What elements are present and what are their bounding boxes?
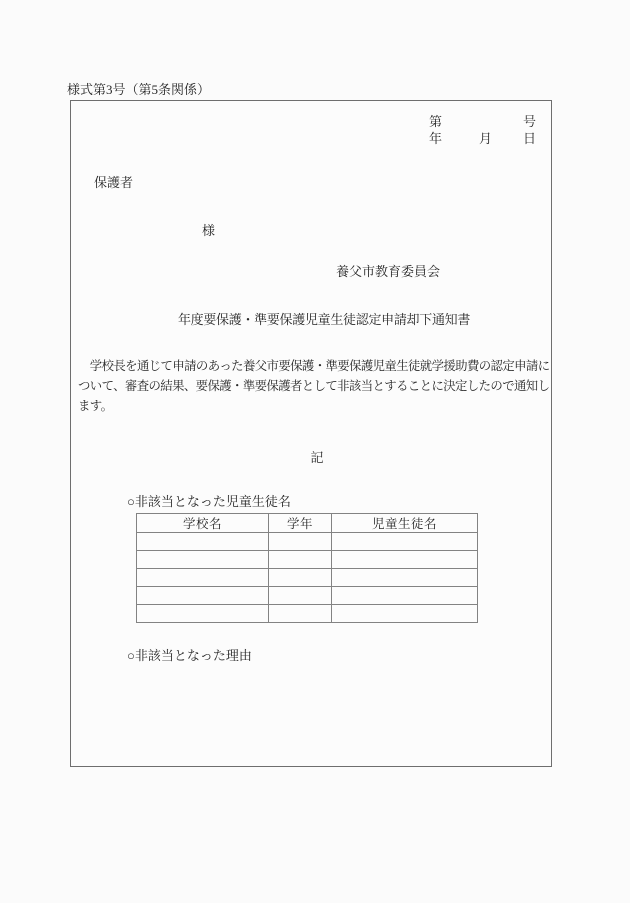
body-line: ついて、審査の結果、要保護・準要保護者として非該当とすることに決定したので通知し	[78, 376, 548, 396]
addressee-honorific-label: 様	[202, 220, 215, 239]
table-row	[137, 605, 478, 623]
table-cell	[137, 569, 269, 587]
rejection-reason-heading: ○非該当となった理由	[127, 645, 252, 664]
table-cell	[269, 533, 332, 551]
body-paragraph: 学校長を通じて申請のあった養父市要保護・準要保護児童生徒就学援助費の認定申請に …	[78, 356, 548, 416]
date-year-label: 年	[429, 128, 442, 147]
table-cell	[269, 569, 332, 587]
table-cell	[137, 587, 269, 605]
form-number-label: 様式第3号（第5条関係）	[67, 79, 210, 98]
table-cell	[269, 605, 332, 623]
document-border-box: 第 号 年 月 日 保護者 様 養父市教育委員会 年度要保護・準要保護児童生徒認…	[70, 100, 552, 767]
addressee-label: 保護者	[94, 172, 133, 191]
table-cell	[332, 551, 478, 569]
table-cell	[137, 551, 269, 569]
date-day-label: 日	[523, 128, 536, 147]
body-line: ます。	[78, 396, 548, 416]
document-title: 年度要保護・準要保護児童生徒認定申請却下通知書	[71, 309, 551, 328]
date-month-label: 月	[479, 128, 492, 147]
table-cell	[332, 587, 478, 605]
table-cell	[332, 533, 478, 551]
students-table-header-row: 学校名学年児童生徒名	[137, 514, 478, 533]
sender-name: 養父市教育委員会	[336, 261, 440, 280]
document-page: 様式第3号（第5条関係） 第 号 年 月 日 保護者 様 養父市教育委員会 年度…	[0, 0, 630, 903]
table-row	[137, 569, 478, 587]
column-header: 学校名	[137, 514, 269, 533]
table-cell	[137, 533, 269, 551]
table-cell	[269, 587, 332, 605]
table-row	[137, 587, 478, 605]
table-cell	[269, 551, 332, 569]
table-cell	[137, 605, 269, 623]
rejected-students-heading: ○非該当となった児童生徒名	[127, 491, 291, 510]
table-cell	[332, 569, 478, 587]
body-line: 学校長を通じて申請のあった養父市要保護・準要保護児童生徒就学援助費の認定申請に	[78, 356, 548, 376]
column-header: 学年	[269, 514, 332, 533]
table-row	[137, 533, 478, 551]
students-table: 学校名学年児童生徒名	[136, 513, 478, 623]
column-header: 児童生徒名	[332, 514, 478, 533]
table-cell	[332, 605, 478, 623]
students-table-head: 学校名学年児童生徒名	[137, 514, 478, 533]
table-row	[137, 551, 478, 569]
students-table-body	[137, 533, 478, 623]
record-mark: 記	[71, 447, 551, 466]
